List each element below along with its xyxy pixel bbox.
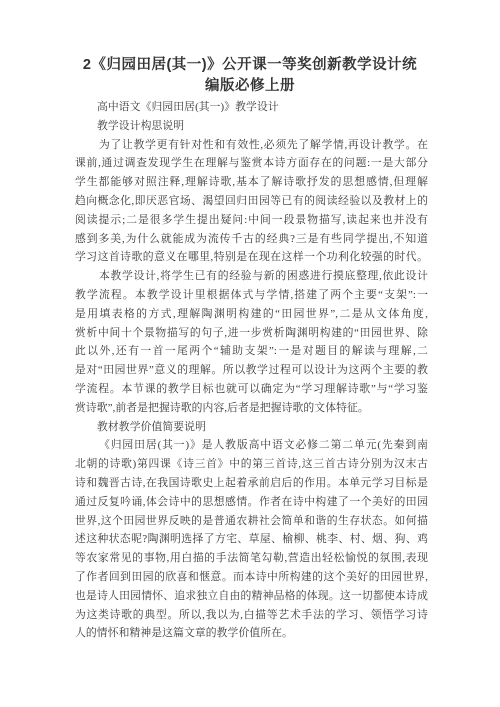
document-body: 高中语文《归园田居(其一)》教学设计教学设计构思说明为了让教学更有针对性和有效性…	[75, 98, 428, 643]
document-title: 2《归园田居(其一)》公开课一等奖创新教学设计统 编版必修上册	[40, 55, 460, 97]
text-line: 世界,这个田园世界反映的是普通农耕社会简单和谐的生存状态。如何描	[75, 512, 428, 531]
text-line: 是对“田园世界”意义的理解。所以教学过程可以设计为这两个主要的教	[75, 361, 428, 380]
text-line: 学流程。本节课的教学目标也就可以确定为“学习理解诗歌”与“学习鉴	[75, 380, 428, 399]
text-line: 阅读提示;二是很多学生提出疑问:中间一段景物描写,读起来也并没有	[75, 211, 428, 230]
text-line: 《归园田居(其一)》是人教版高中语文必修二第二单元(先秦到南	[75, 436, 428, 455]
text-line: 教学设计构思说明	[75, 117, 428, 136]
text-line: 学习这首诗歌的意义在哪里,特别是在现在这样一个功利化较强的时代。	[75, 248, 428, 267]
document-title-line-1: 2《归园田居(其一)》公开课一等奖创新教学设计统	[40, 55, 460, 76]
text-line: 趋向概念化,即厌恶官场、渴望回归田园等已有的阅读经验以及教材上的	[75, 192, 428, 211]
text-line: 通过反复吟诵,体会诗中的思想感情。作者在诗中构建了一个美好的田园	[75, 493, 428, 512]
text-line: 本教学设计,将学生已有的经验与新的困惑进行摸底整理,依此设计	[75, 267, 428, 286]
text-line: 课前,通过调查发现学生在理解与鉴赏本诗方面存在的问题:一是大部分	[75, 154, 428, 173]
text-line: 教材教学价值简要说明	[75, 418, 428, 437]
text-line: 教学流程。本教学设计里根据体式与学情,搭建了两个主要“支架”:一	[75, 286, 428, 305]
text-line: 赏诗歌”,前者是把握诗歌的内容,后者是把握诗歌的文体特征。	[75, 399, 428, 418]
text-line: 等农家常见的事物,用白描的手法简笔勾勒,营造出轻松愉悦的氛围,表现	[75, 549, 428, 568]
text-line: 了作者回到田园的欣喜和惬意。而本诗中所构建的这个美好的田园世界,	[75, 568, 428, 587]
text-line: 为这类诗歌的典型。所以,我以为,白描等艺术手法的学习、领悟学习诗	[75, 606, 428, 625]
text-line: 此以外,还有一首一尾两个“辅助支架”:一是对题目的解读与理解,二	[75, 342, 428, 361]
text-line: 北朝的诗歌)第四课《诗三首》中的第三首诗,这三首古诗分别为汉末古	[75, 455, 428, 474]
text-line: 人的情怀和精神是这篇文章的教学价值所在。	[75, 624, 428, 643]
text-line: 为了让教学更有针对性和有效性,必须先了解学情,再设计教学。在	[75, 136, 428, 155]
text-line: 述这种状态呢?陶渊明选择了方宅、草屋、榆柳、桃李、村、烟、狗、鸡	[75, 530, 428, 549]
text-line: 诗和魏晋古诗,在我国诗歌史上起着承前启后的作用。本单元学习目标是	[75, 474, 428, 493]
document-page: 2《归园田居(其一)》公开课一等奖创新教学设计统 编版必修上册 高中语文《归园田…	[0, 0, 500, 707]
text-line: 高中语文《归园田居(其一)》教学设计	[75, 98, 428, 117]
text-line: 也是诗人田园情怀、追求独立自由的精神品格的体现。这一切都使本诗成	[75, 587, 428, 606]
text-line: 感到多美,为什么就能成为流传千古的经典?三是有些同学提出,不知道	[75, 230, 428, 249]
text-line: 赏析中间十个景物描写的句子,进一步赏析陶渊明构建的“田园世界、除	[75, 324, 428, 343]
document-title-line-2: 编版必修上册	[40, 76, 460, 97]
text-line: 是用填表格的方式,理解陶渊明构建的“田园世界”,二是从文体角度,	[75, 305, 428, 324]
text-line: 学生都能够对照注释,理解诗歌,基本了解诗歌抒发的思想感情,但理解	[75, 173, 428, 192]
